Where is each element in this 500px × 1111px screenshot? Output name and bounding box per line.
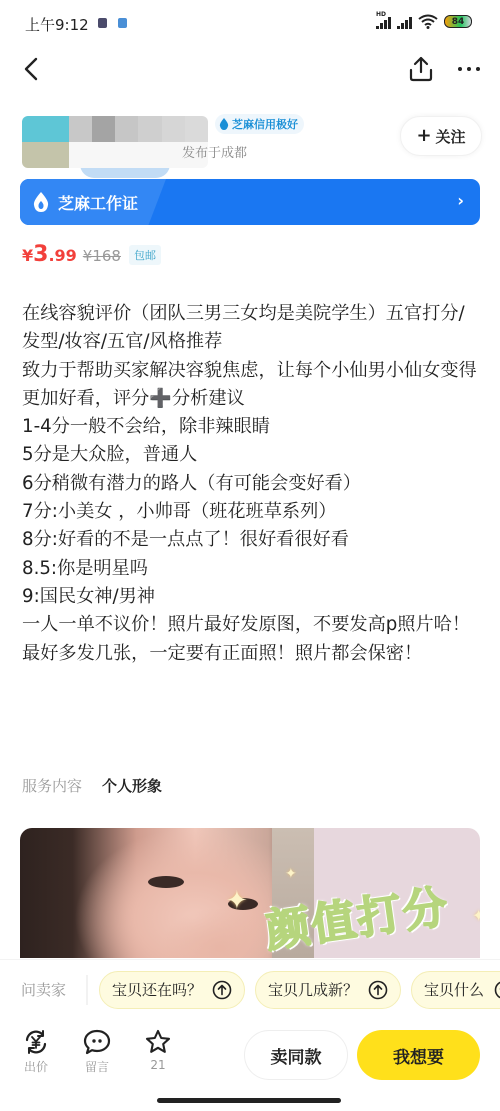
original-price: ¥168 xyxy=(83,247,121,265)
banner-label: 芝麻工作证 xyxy=(58,191,138,214)
cellular-signal-icon xyxy=(397,15,412,29)
ask-seller-label: 问卖家 xyxy=(0,975,88,1005)
description-line: 8.5:你是明星吗 xyxy=(22,555,482,583)
service-label: 服务内容 xyxy=(22,775,82,796)
more-dots-icon xyxy=(458,67,462,71)
chevron-right-icon: › xyxy=(457,191,464,210)
sesame-drop-icon xyxy=(219,118,229,130)
more-dots-icon xyxy=(476,67,480,71)
description-line: 致力于帮助买家解决容貌焦虑，让每个小仙男小仙女变得更加好看，评分➕分析建议 xyxy=(22,357,482,414)
description-line: 6分稍微有潜力的路人（有可能会变好看） xyxy=(22,470,482,498)
ask-seller-bar: 问卖家 宝贝还在吗？ 宝贝几成新？ 宝贝什么 xyxy=(0,959,500,1019)
yen-exchange-icon xyxy=(22,1028,50,1056)
i-want-button[interactable]: 我想要 xyxy=(357,1030,480,1080)
more-dots-icon xyxy=(467,67,471,71)
product-description: 在线容貌评价（团队三男三女均是美院学生）五官打分/发型/妆容/五官/风格推荐 致… xyxy=(22,300,482,668)
price-decimal: .99 xyxy=(48,246,76,265)
seller-info: 芝麻信用极好 发布于成都 + 关注 xyxy=(22,108,482,178)
make-offer-button[interactable]: 出价 xyxy=(16,1028,56,1075)
back-button[interactable] xyxy=(18,54,48,84)
currency-symbol: ¥ xyxy=(22,246,33,265)
quick-question-chip[interactable]: 宝贝几成新？ xyxy=(255,971,401,1009)
leave-message-button[interactable]: 留言 xyxy=(77,1028,117,1075)
quick-question-chip[interactable]: 宝贝什么 xyxy=(411,971,500,1009)
status-indicators: HD 84 xyxy=(376,14,472,29)
favorite-button[interactable]: 21 xyxy=(138,1028,178,1072)
sparkle-icon: ✦ xyxy=(472,906,480,925)
sparkle-icon: ✦ xyxy=(226,886,248,916)
make-offer-label: 出价 xyxy=(24,1058,48,1075)
description-line: 9:国民女神/男神 xyxy=(22,583,482,611)
seller-avatar-redacted[interactable] xyxy=(22,116,208,168)
star-icon xyxy=(144,1028,172,1056)
service-value: 个人形象 xyxy=(102,775,162,796)
notification-app-icon xyxy=(98,18,107,28)
service-content-row: 服务内容 个人形象 xyxy=(22,775,162,796)
share-icon xyxy=(406,54,436,84)
battery-icon: 84 xyxy=(444,15,472,28)
description-line: 5分是大众脸，普通人 xyxy=(22,441,482,469)
chat-bubble-icon xyxy=(83,1028,111,1056)
share-button[interactable] xyxy=(406,54,436,84)
notification-app-icon xyxy=(118,18,127,28)
quick-question-chips: 宝贝还在吗？ 宝贝几成新？ 宝贝什么 xyxy=(88,971,500,1009)
chevron-left-icon xyxy=(18,54,48,84)
description-line: 在线容貌评价（团队三男三女均是美院学生）五官打分/发型/妆容/五官/风格推荐 xyxy=(22,300,482,357)
publish-location: 发布于成都 xyxy=(182,142,247,161)
battery-level: 84 xyxy=(452,17,465,27)
price-row: ¥3.99 ¥168 包邮 xyxy=(22,242,161,267)
arrow-up-circle-icon xyxy=(212,980,232,1000)
leave-message-label: 留言 xyxy=(85,1058,109,1075)
description-line: 8分:好看的不是一点点了！很好看很好看 xyxy=(22,526,482,554)
description-line: 一人一单不议价！照片最好发原图，不要发高p照片哈！最好多发几张，一定要有正面照！… xyxy=(22,611,482,668)
hd-label: HD xyxy=(376,11,386,18)
top-nav xyxy=(0,50,500,90)
photo-eye xyxy=(148,876,184,888)
chip-label: 宝贝还在吗？ xyxy=(112,979,202,1000)
arrow-up-circle-icon xyxy=(368,980,388,1000)
arrow-up-circle-icon xyxy=(494,980,500,1000)
wifi-icon xyxy=(418,14,438,29)
favorite-count: 21 xyxy=(150,1058,165,1072)
more-button[interactable] xyxy=(452,54,486,84)
bottom-action-bar: 出价 留言 21 卖同款 我想要 xyxy=(0,1020,500,1090)
credit-badge-text: 芝麻信用极好 xyxy=(232,116,298,132)
follow-label: 关注 xyxy=(436,126,466,147)
plus-icon: + xyxy=(416,127,431,145)
follow-button[interactable]: + 关注 xyxy=(400,116,482,156)
description-line: 1-4分一般不会给，除非辣眼睛 xyxy=(22,413,482,441)
sparkle-icon: ✦ xyxy=(285,866,297,882)
chip-label: 宝贝什么 xyxy=(424,979,484,1000)
sell-same-button[interactable]: 卖同款 xyxy=(244,1030,348,1080)
chip-label: 宝贝几成新？ xyxy=(268,979,358,1000)
zhima-work-certificate-banner[interactable]: 芝麻工作证 › xyxy=(20,179,480,225)
free-shipping-badge: 包邮 xyxy=(129,245,161,265)
description-line: 7分:小美女 ，小帅哥（班花班草系列） xyxy=(22,498,482,526)
cellular-signal-icon: HD xyxy=(376,15,391,29)
price-integer: 3 xyxy=(33,242,48,267)
sesame-drop-icon xyxy=(32,191,50,213)
home-indicator[interactable] xyxy=(157,1098,341,1103)
sesame-credit-badge: 芝麻信用极好 xyxy=(215,114,304,134)
quick-question-chip[interactable]: 宝贝还在吗？ xyxy=(99,971,245,1009)
product-image[interactable]: ✦ ✦ ✦ 颜值打分 xyxy=(20,828,480,958)
status-time: 上午9:12 xyxy=(25,14,89,35)
current-price: ¥3.99 xyxy=(22,242,77,267)
status-bar: 上午9:12 HD 84 xyxy=(0,0,500,44)
